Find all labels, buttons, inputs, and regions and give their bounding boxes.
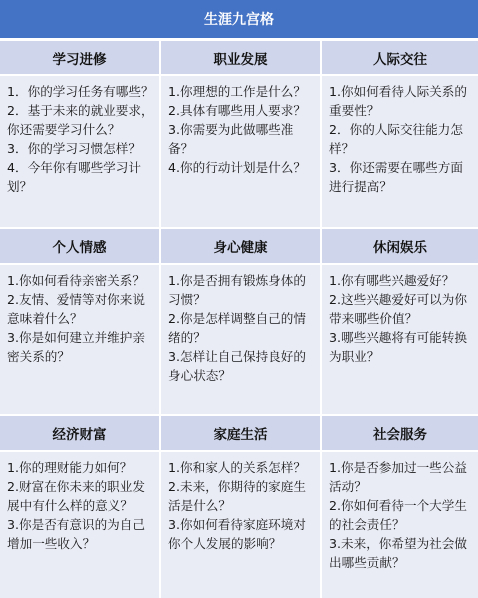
cell-health: 1.你是否拥有锻炼身体的习惯？ 2.你是怎样调整自己的情绪的？ 3.怎样让自己保… [161, 265, 320, 414]
heading-leisure: 休闲娱乐 [322, 229, 478, 263]
row-3-bodies: 1.你的理财能力如何？ 2.财富在你未来的职业发展中有什么样的意义？ 3.你是否… [0, 452, 478, 598]
question: 3.你需要为此做哪些准备？ [168, 120, 316, 158]
question: 2.具体有哪些用人要求？ [168, 101, 316, 120]
question: 1.你如何看待人际关系的重要性？ [329, 82, 474, 120]
question: 4．今年你有哪些学习计划？ [7, 158, 155, 196]
row-1-bodies: 1．你的学习任务有哪些？ 2．基于未来的就业要求，你还需要学习什么？ 3．你的学… [0, 76, 478, 227]
question: 2.这些兴趣爱好可以为你带来哪些价值？ [329, 290, 474, 328]
question: 3．你还需要在哪些方面进行提高？ [329, 158, 474, 196]
question: 1．你的学习任务有哪些？ [7, 82, 155, 101]
cell-wealth: 1.你的理财能力如何？ 2.财富在你未来的职业发展中有什么样的意义？ 3.你是否… [0, 452, 159, 598]
question: 1.你是否拥有锻炼身体的习惯？ [168, 271, 316, 309]
question: 2.未来，你期待的家庭生活是什么？ [168, 477, 316, 515]
cell-leisure: 1.你有哪些兴趣爱好？ 2.这些兴趣爱好可以为你带来哪些价值？ 3.哪些兴趣将有… [322, 265, 478, 414]
row-2-headers: 个人情感 身心健康 休闲娱乐 [0, 229, 478, 263]
question: 2.你是怎样调整自己的情绪的？ [168, 309, 316, 347]
question: 3.你如何看待家庭环境对你个人发展的影响？ [168, 515, 316, 553]
cell-emotion: 1.你如何看待亲密关系？ 2.友情、爱情等对你来说意味着什么？ 3.你是如何建立… [0, 265, 159, 414]
question: 1.你理想的工作是什么？ [168, 82, 316, 101]
cell-social: 1.你如何看待人际关系的重要性？ 2．你的人际交往能力怎样？ 3．你还需要在哪些… [322, 76, 478, 227]
question: 4.你的行动计划是什么？ [168, 158, 316, 177]
heading-emotion: 个人情感 [0, 229, 159, 263]
heading-service: 社会服务 [322, 416, 478, 450]
question: 3.哪些兴趣将有可能转换为职业？ [329, 328, 474, 366]
question: 1.你如何看待亲密关系？ [7, 271, 155, 290]
question: 3.你是如何建立并维护亲密关系的？ [7, 328, 155, 366]
question: 1.你是否参加过一些公益活动？ [329, 458, 474, 496]
heading-social: 人际交往 [322, 41, 478, 74]
question: 1.你有哪些兴趣爱好？ [329, 271, 474, 290]
row-2-bodies: 1.你如何看待亲密关系？ 2.友情、爱情等对你来说意味着什么？ 3.你是如何建立… [0, 265, 478, 414]
heading-study: 学习进修 [0, 41, 159, 74]
question: 3．你的学习习惯怎样？ [7, 139, 155, 158]
question: 2.你如何看待一个大学生的社会责任？ [329, 496, 474, 534]
career-nine-grid: 生涯九宫格 学习进修 职业发展 人际交往 1．你的学习任务有哪些？ 2．基于未来… [0, 0, 478, 598]
question: 2.财富在你未来的职业发展中有什么样的意义？ [7, 477, 155, 515]
grid-title: 生涯九宫格 [0, 0, 478, 38]
heading-wealth: 经济财富 [0, 416, 159, 450]
question: 3.怎样让自己保持良好的身心状态？ [168, 347, 316, 385]
cell-family: 1.你和家人的关系怎样？ 2.未来，你期待的家庭生活是什么？ 3.你如何看待家庭… [161, 452, 320, 598]
question: 1.你和家人的关系怎样？ [168, 458, 316, 477]
heading-family: 家庭生活 [161, 416, 320, 450]
cell-study: 1．你的学习任务有哪些？ 2．基于未来的就业要求，你还需要学习什么？ 3．你的学… [0, 76, 159, 227]
question: 2.友情、爱情等对你来说意味着什么？ [7, 290, 155, 328]
question: 3.你是否有意识的为自己增加一些收入？ [7, 515, 155, 553]
question: 3.未来，你希望为社会做出哪些贡献？ [329, 534, 474, 572]
nine-grid-table: 学习进修 职业发展 人际交往 1．你的学习任务有哪些？ 2．基于未来的就业要求，… [0, 40, 478, 598]
question: 1.你的理财能力如何？ [7, 458, 155, 477]
question: 2．你的人际交往能力怎样？ [329, 120, 474, 158]
cell-career: 1.你理想的工作是什么？ 2.具体有哪些用人要求？ 3.你需要为此做哪些准备？ … [161, 76, 320, 227]
heading-career: 职业发展 [161, 41, 320, 74]
question: 2．基于未来的就业要求，你还需要学习什么？ [7, 101, 155, 139]
row-1-headers: 学习进修 职业发展 人际交往 [0, 41, 478, 74]
heading-health: 身心健康 [161, 229, 320, 263]
cell-service: 1.你是否参加过一些公益活动？ 2.你如何看待一个大学生的社会责任？ 3.未来，… [322, 452, 478, 598]
row-3-headers: 经济财富 家庭生活 社会服务 [0, 416, 478, 450]
